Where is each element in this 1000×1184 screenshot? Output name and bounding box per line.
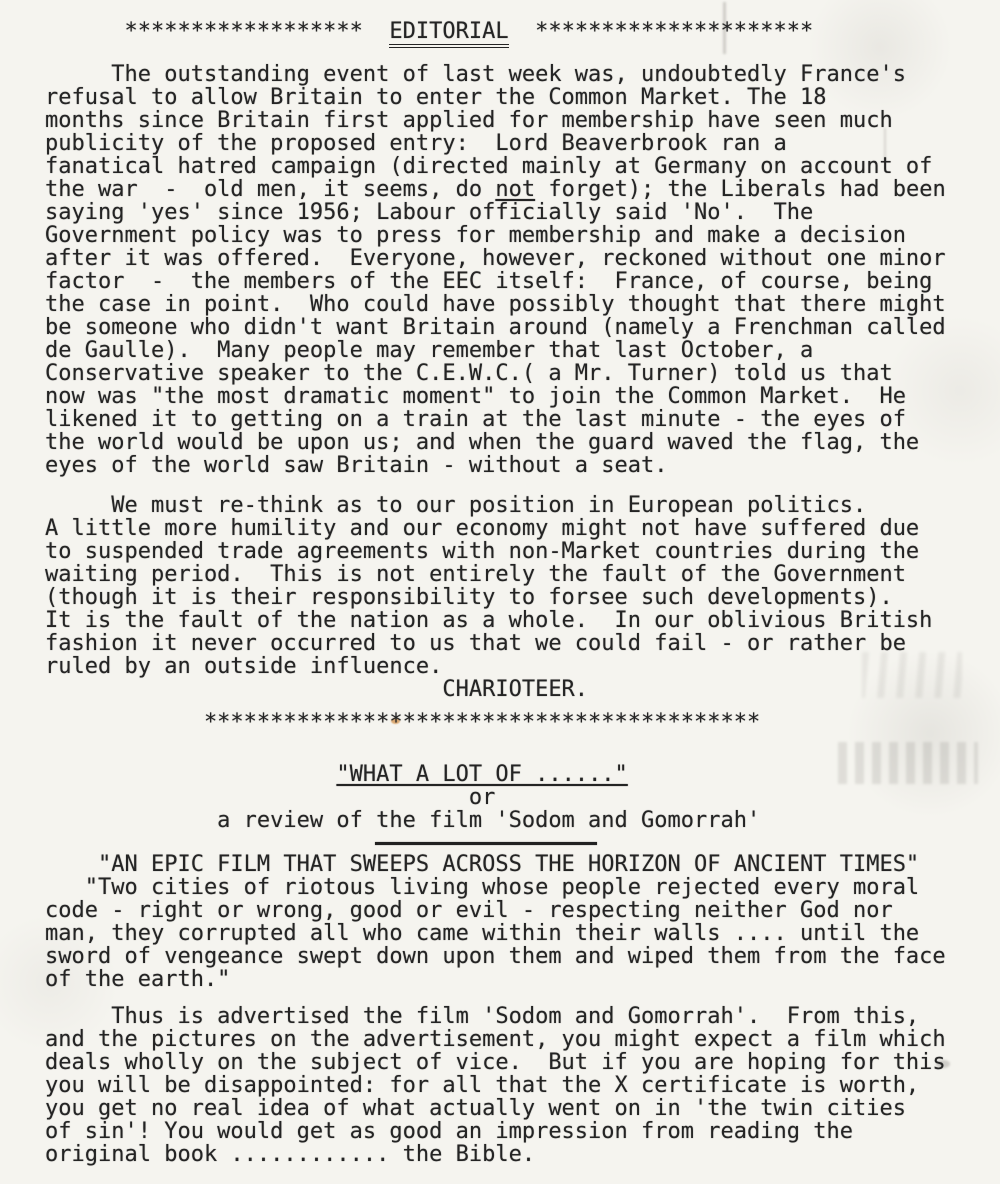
text-line: to suspended trade agreements with non-M…	[45, 540, 1000, 563]
text-line: "WHAT A LOT OF ......"	[45, 763, 1000, 786]
text-line: you get no real idea of what actually we…	[45, 1097, 1000, 1120]
text-line: waiting period. This is not entirely the…	[45, 563, 1000, 586]
film-tagline-heading: "AN EPIC FILM THAT SWEEPS ACROSS THE HOR…	[45, 853, 1000, 876]
text-line: after it was offered. Everyone, however,…	[45, 247, 1000, 270]
text-line: the war - old men, it seems, do not forg…	[45, 178, 1000, 201]
document-body: ****************** EDITORIAL ***********…	[0, 0, 1000, 1166]
text-line: ****************************************…	[45, 711, 1000, 734]
text-line: Government policy was to press for membe…	[45, 224, 1000, 247]
text-line: A little more humility and our economy m…	[45, 517, 1000, 540]
text-line: publicity of the proposed entry: Lord Be…	[45, 132, 1000, 155]
text-line: It is the fault of the nation as a whole…	[45, 609, 1000, 632]
text-line: likened it to getting on a train at the …	[45, 408, 1000, 431]
text-line: Conservative speaker to the C.E.W.C.( a …	[45, 362, 1000, 385]
text-line: original book ............ the Bible.	[45, 1143, 1000, 1166]
scanned-page: { "page": { "kind": "typewritten newslet…	[0, 0, 1000, 1184]
text-line: now was "the most dramatic moment" to jo…	[45, 385, 1000, 408]
text-line: "Two cities of riotous living whose peop…	[45, 876, 1000, 899]
text-line: a review of the film 'Sodom and Gomorrah…	[45, 809, 1000, 832]
editorial-para-2: We must re-think as to our position in E…	[45, 494, 1000, 678]
text-line: man, they corrupted all who came within …	[45, 922, 1000, 945]
text-line: the world would be upon us; and when the…	[45, 431, 1000, 454]
text-line: be someone who didn't want Britain aroun…	[45, 316, 1000, 339]
editorial-header: ****************** EDITORIAL ***********…	[45, 20, 1000, 43]
review-title-block: "WHAT A LOT OF ......" or a review of th…	[45, 763, 1000, 832]
film-tagline-quote: "Two cities of riotous living whose peop…	[45, 876, 1000, 991]
text-line: (though it is their responsibility to fo…	[45, 586, 1000, 609]
asterisk-separator: ****************************************…	[45, 711, 1000, 734]
text-line: fanatical hatred campaign (directed main…	[45, 155, 1000, 178]
editorial-para-1: The outstanding event of last week was, …	[45, 63, 1000, 477]
text-line: you will be disappointed: for all that t…	[45, 1074, 1000, 1097]
text-line: The outstanding event of last week was, …	[45, 63, 1000, 86]
text-line: We must re-think as to our position in E…	[45, 494, 1000, 517]
text-line: CHARIOTEER.	[45, 678, 1000, 701]
text-line: eyes of the world saw Britain - without …	[45, 454, 1000, 477]
text-line: refusal to allow Britain to enter the Co…	[45, 86, 1000, 109]
text-line: and the pictures on the advertisement, y…	[45, 1028, 1000, 1051]
text-line: "AN EPIC FILM THAT SWEEPS ACROSS THE HOR…	[45, 853, 1000, 876]
text-line: of the earth."	[45, 968, 1000, 991]
text-line: deals wholly on the subject of vice. But…	[45, 1051, 1000, 1074]
editorial-signature: CHARIOTEER.	[45, 678, 1000, 701]
text-line: ****************** EDITORIAL ***********…	[45, 20, 1000, 43]
text-line: sword of vengeance swept down upon them …	[45, 945, 1000, 968]
text-line: Thus is advertised the film 'Sodom and G…	[45, 1005, 1000, 1028]
text-line: of sin'! You would get as good an impres…	[45, 1120, 1000, 1143]
text-line: fashion it never occurred to us that we …	[45, 632, 1000, 655]
text-line: factor - the members of the EEC itself: …	[45, 270, 1000, 293]
separator-rule	[375, 842, 597, 845]
text-line: the case in point. Who could have possib…	[45, 293, 1000, 316]
text-line: saying 'yes' since 1956; Labour official…	[45, 201, 1000, 224]
text-line: ruled by an outside influence.	[45, 655, 1000, 678]
text-line: or	[45, 786, 1000, 809]
text-line: code - right or wrong, good or evil - re…	[45, 899, 1000, 922]
text-line: months since Britain first applied for m…	[45, 109, 1000, 132]
text-line: de Gaulle). Many people may remember tha…	[45, 339, 1000, 362]
review-body-para: Thus is advertised the film 'Sodom and G…	[45, 1005, 1000, 1166]
